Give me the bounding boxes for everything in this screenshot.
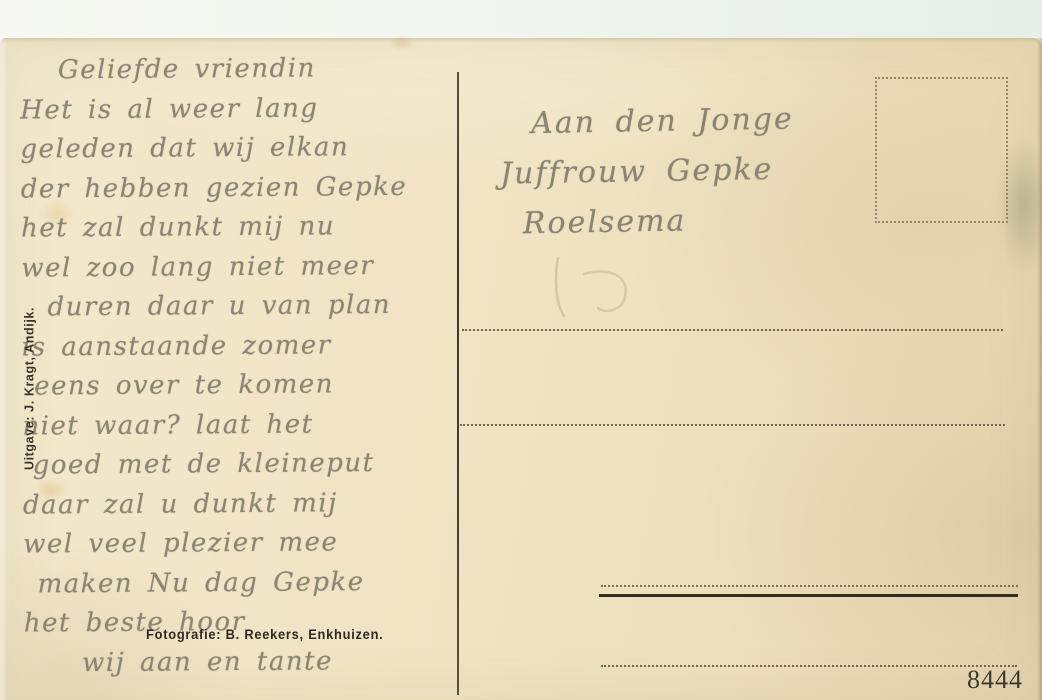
address-dotted-line-2 <box>460 424 1005 426</box>
card-number: 8444 <box>955 665 1023 695</box>
message-line: daar zal u dunkt mij <box>23 483 461 526</box>
message-line: is aanstaande zomer <box>22 325 460 368</box>
message-line: Het is al weer lang <box>20 88 458 131</box>
address-solid-line <box>599 594 1018 597</box>
message-line: Geliefde vriendin <box>58 48 458 90</box>
message-line: geleden dat wij elkan <box>20 127 458 170</box>
message-line: wij aan en tante <box>82 641 462 683</box>
message-line: goed met de kleineput <box>33 443 461 485</box>
address-dotted-line-3 <box>601 585 1018 587</box>
address-line: Roelsema <box>522 192 921 249</box>
message-line: wel veel plezier mee <box>23 522 461 565</box>
address-line: Juffrouw Gepke <box>500 142 921 199</box>
handwritten-message: Geliefde vriendin Het is al weer lang ge… <box>20 48 462 683</box>
card-left-edge-highlight <box>0 38 7 700</box>
message-line: wel zoo lang niet meer <box>21 246 459 289</box>
faint-pencil-mark <box>540 252 650 327</box>
publisher-imprint: Uitgave: J. Kragt, Andijk. <box>23 294 40 484</box>
postcard-scan: Geliefde vriendin Het is al weer lang ge… <box>0 0 1042 700</box>
message-line: duren daar u van plan <box>47 285 459 327</box>
message-line: eens over te komen <box>34 364 460 406</box>
photographer-imprint: Fotografie: B. Reekers, Enkhuizen. <box>146 627 384 642</box>
address-line: Aan den Jonge <box>531 92 920 149</box>
message-line: het zal dunkt mij nu <box>21 206 459 249</box>
address-dotted-line-1 <box>462 329 1003 331</box>
handwritten-address: Aan den Jonge Juffrouw Gepke Roelsema <box>499 92 922 249</box>
card-right-edge-shadow <box>1037 38 1042 700</box>
message-line: der hebben gezien Gepke <box>21 167 459 210</box>
message-line: maken Nu dag Gepke <box>37 562 461 604</box>
message-line: niet waar? laat het <box>22 404 460 447</box>
